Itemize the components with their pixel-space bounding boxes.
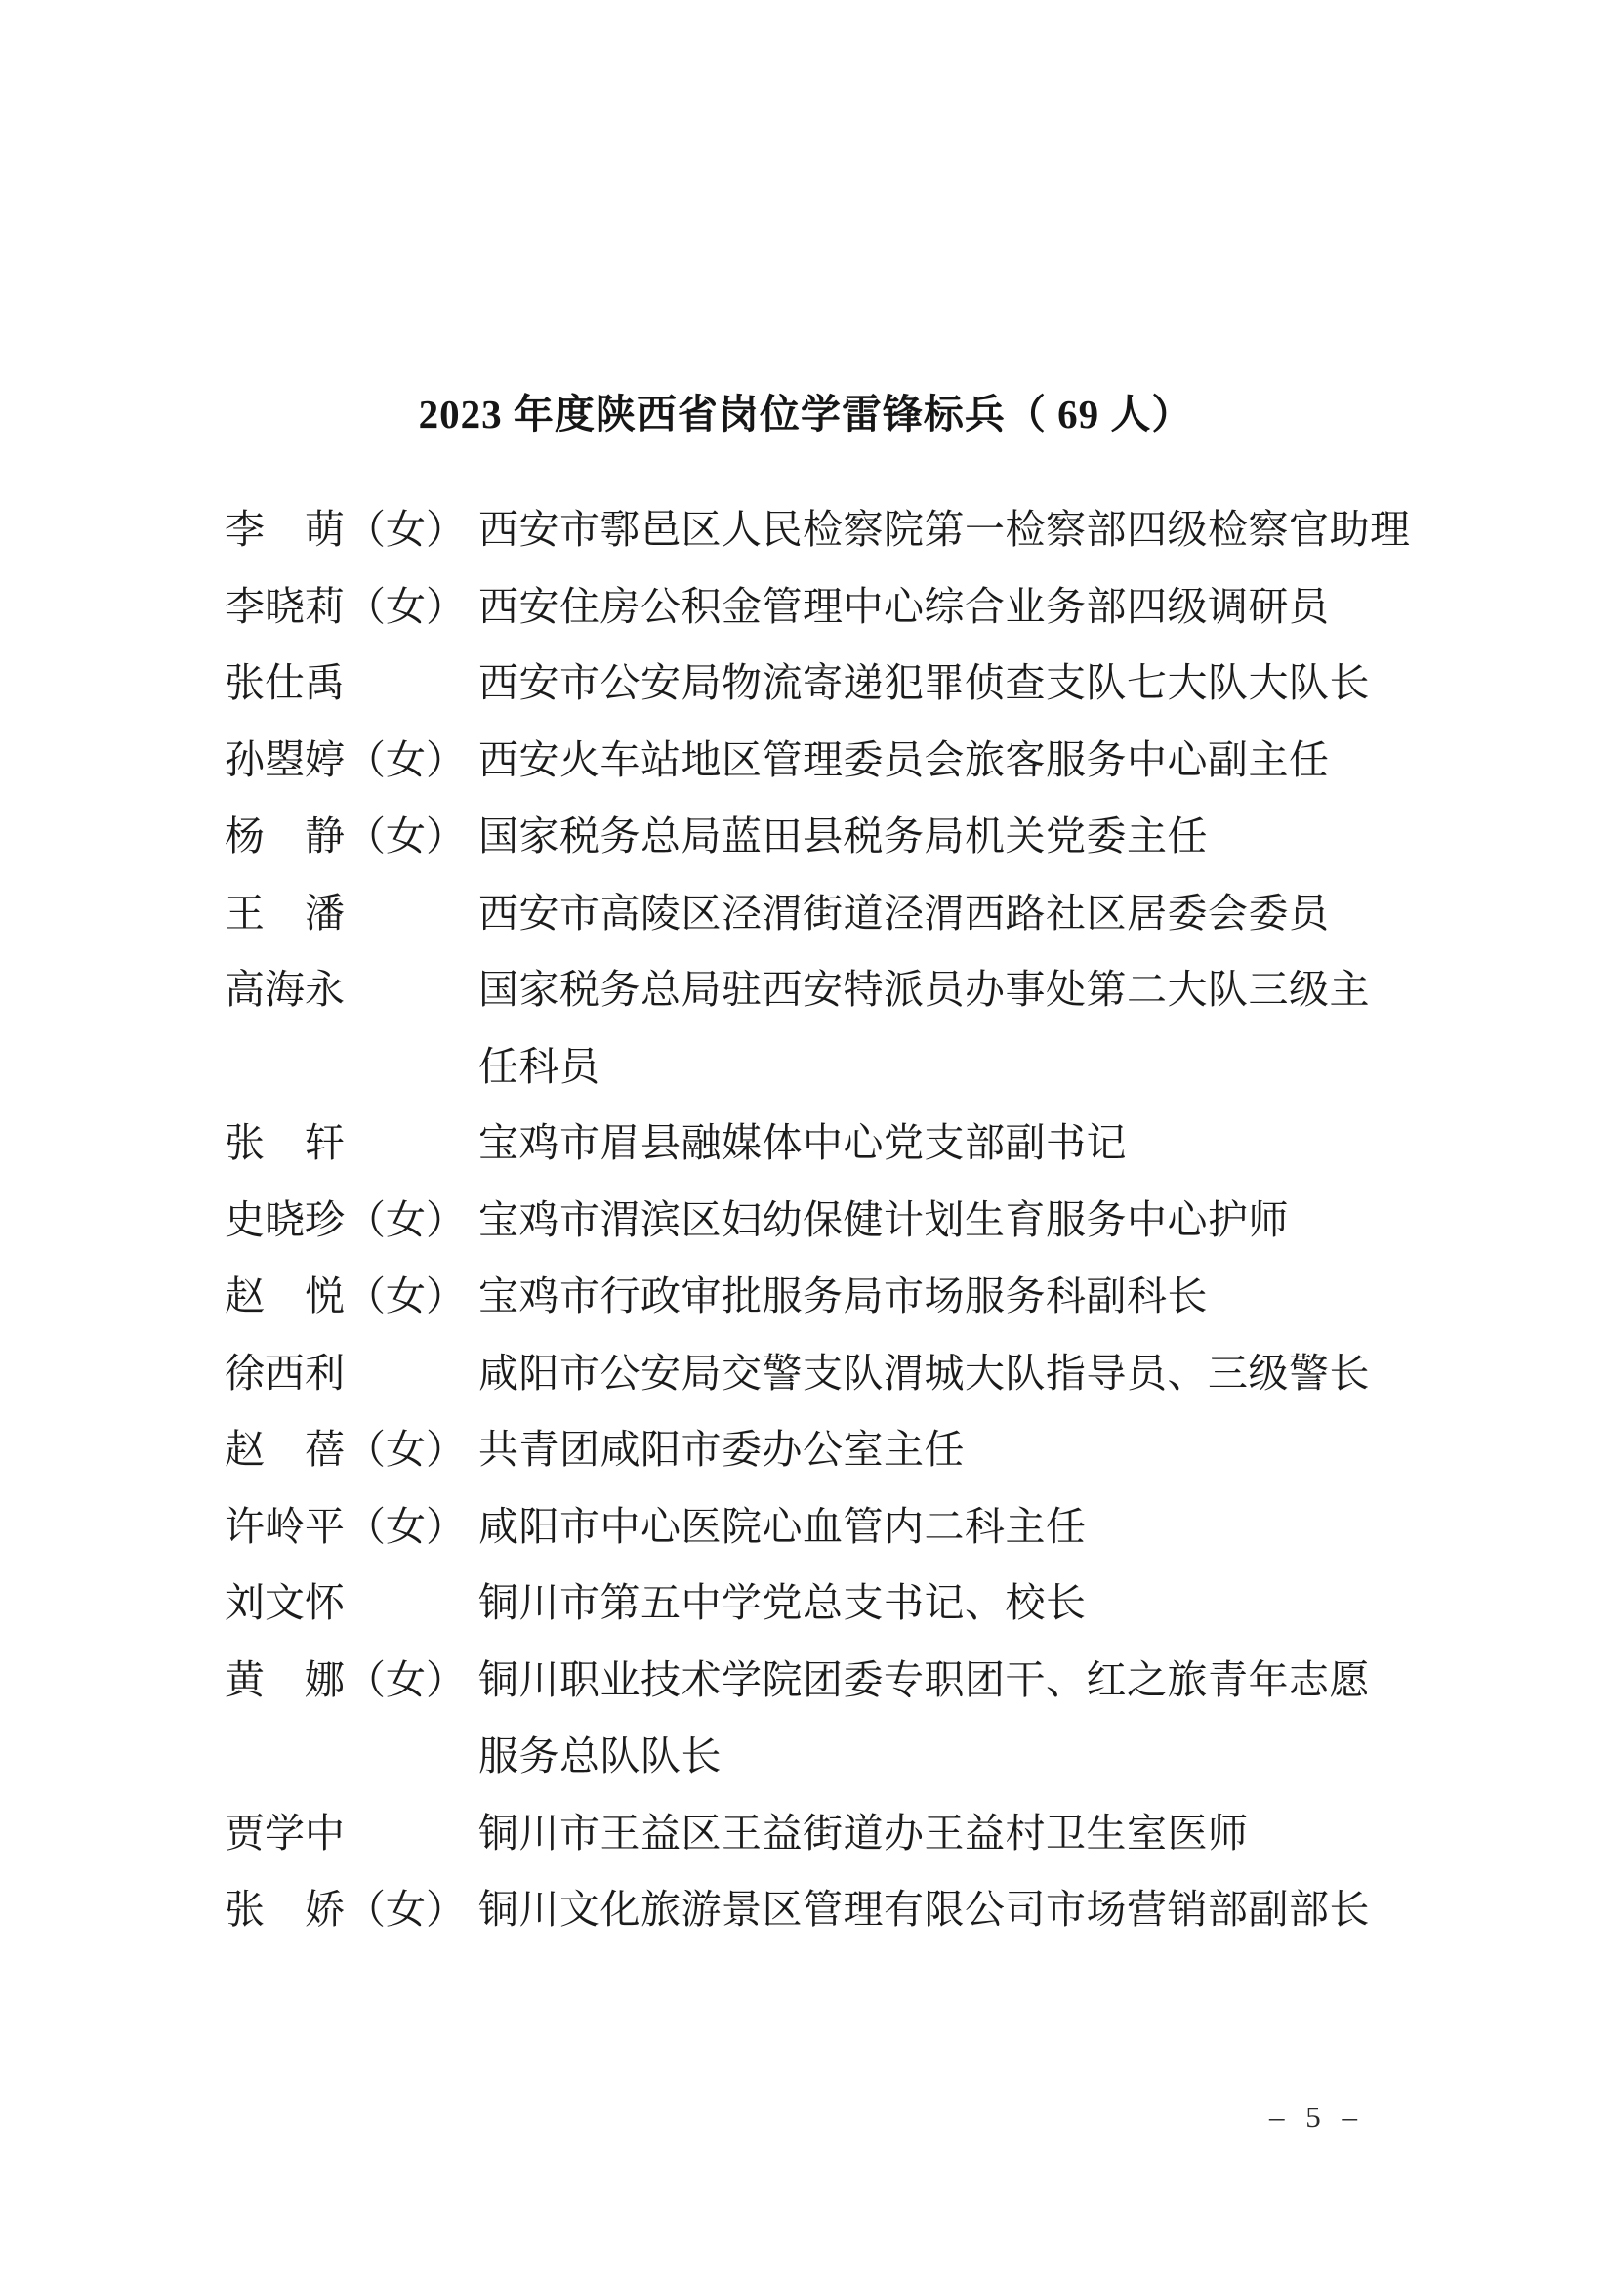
gender-marker: （女） bbox=[346, 1642, 478, 1719]
gender-marker: （女） bbox=[346, 722, 478, 799]
position-line: 西安市公安局物流寄递犯罪侦查支队七大队大队长 bbox=[478, 645, 1435, 722]
person-position: 西安市鄠邑区人民检察院第一检察部四级检察官助理 bbox=[478, 491, 1435, 568]
page-title: 2023 年度陕西省岗位学雷锋标兵（ 69 人） bbox=[0, 382, 1611, 439]
person-position: 咸阳市公安局交警支队渭城大队指导员、三级警长 bbox=[478, 1335, 1435, 1412]
position-line: 宝鸡市眉县融媒体中心党支部副书记 bbox=[478, 1105, 1435, 1182]
person-name: 张仕禹 bbox=[225, 645, 346, 722]
page-number: – 5 – bbox=[1269, 2100, 1364, 2135]
position-line: 西安市鄠邑区人民检察院第一检察部四级检察官助理 bbox=[478, 491, 1435, 568]
person-position: 国家税务总局蓝田县税务局机关党委主任 bbox=[478, 798, 1435, 875]
gender-marker: （女） bbox=[346, 1258, 478, 1335]
person-name: 高海永 bbox=[225, 951, 346, 1028]
person-position: 铜川市第五中学党总支书记、校长 bbox=[478, 1565, 1435, 1642]
roster-row: 张仕禹 西安市公安局物流寄递犯罪侦查支队七大队大队长 bbox=[225, 645, 1435, 722]
position-line: 西安住房公积金管理中心综合业务部四级调研员 bbox=[478, 568, 1435, 646]
position-line: 任科员 bbox=[478, 1028, 1435, 1106]
position-line: 共青团咸阳市委办公室主任 bbox=[478, 1411, 1435, 1488]
gender-marker: （女） bbox=[346, 568, 478, 646]
position-line: 铜川市王益区王益街道办王益村卫生室医师 bbox=[478, 1795, 1435, 1872]
person-position: 宝鸡市眉县融媒体中心党支部副书记 bbox=[478, 1105, 1435, 1182]
gender-marker: （女） bbox=[346, 1871, 478, 1948]
person-position: 共青团咸阳市委办公室主任 bbox=[478, 1411, 1435, 1488]
person-position: 西安市高陵区泾渭街道泾渭西路社区居委会委员 bbox=[478, 875, 1435, 952]
position-line: 国家税务总局驻西安特派员办事处第二大队三级主 bbox=[478, 951, 1435, 1028]
position-line: 西安市高陵区泾渭街道泾渭西路社区居委会委员 bbox=[478, 875, 1435, 952]
roster-row: 李晓莉 （女） 西安住房公积金管理中心综合业务部四级调研员 bbox=[225, 568, 1435, 646]
gender-marker: （女） bbox=[346, 1411, 478, 1488]
roster-row: 黄 娜 （女） 铜川职业技术学院团委专职团干、红之旅青年志愿服务总队队长 bbox=[225, 1642, 1435, 1795]
position-line: 铜川市第五中学党总支书记、校长 bbox=[478, 1565, 1435, 1642]
roster-row: 孙曌婷 （女） 西安火车站地区管理委员会旅客服务中心副主任 bbox=[225, 722, 1435, 799]
roster: 李 萌 （女） 西安市鄠邑区人民检察院第一检察部四级检察官助理 李晓莉 （女） … bbox=[225, 491, 1435, 1948]
person-position: 西安住房公积金管理中心综合业务部四级调研员 bbox=[478, 568, 1435, 646]
person-position: 宝鸡市行政审批服务局市场服务科副科长 bbox=[478, 1258, 1435, 1335]
person-position: 西安火车站地区管理委员会旅客服务中心副主任 bbox=[478, 722, 1435, 799]
person-name: 史晓珍 bbox=[225, 1182, 346, 1259]
position-line: 咸阳市公安局交警支队渭城大队指导员、三级警长 bbox=[478, 1335, 1435, 1412]
gender-marker: （女） bbox=[346, 491, 478, 568]
roster-row: 许岭平 （女） 咸阳市中心医院心血管内二科主任 bbox=[225, 1488, 1435, 1565]
person-name: 张 娇 bbox=[225, 1871, 346, 1948]
roster-row: 张 娇 （女） 铜川文化旅游景区管理有限公司市场营销部副部长 bbox=[225, 1871, 1435, 1948]
person-position: 咸阳市中心医院心血管内二科主任 bbox=[478, 1488, 1435, 1565]
document-page: 2023 年度陕西省岗位学雷锋标兵（ 69 人） 李 萌 （女） 西安市鄠邑区人… bbox=[0, 0, 1611, 2296]
position-line: 咸阳市中心医院心血管内二科主任 bbox=[478, 1488, 1435, 1565]
person-name: 许岭平 bbox=[225, 1488, 346, 1565]
roster-row: 贾学中 铜川市王益区王益街道办王益村卫生室医师 bbox=[225, 1795, 1435, 1872]
person-name: 赵 悦 bbox=[225, 1258, 346, 1335]
roster-row: 徐西利 咸阳市公安局交警支队渭城大队指导员、三级警长 bbox=[225, 1335, 1435, 1412]
gender-marker: （女） bbox=[346, 1182, 478, 1259]
person-name: 贾学中 bbox=[225, 1795, 346, 1872]
person-name: 黄 娜 bbox=[225, 1642, 346, 1719]
roster-row: 杨 静 （女） 国家税务总局蓝田县税务局机关党委主任 bbox=[225, 798, 1435, 875]
roster-row: 张 轩 宝鸡市眉县融媒体中心党支部副书记 bbox=[225, 1105, 1435, 1182]
position-line: 宝鸡市行政审批服务局市场服务科副科长 bbox=[478, 1258, 1435, 1335]
roster-row: 刘文怀 铜川市第五中学党总支书记、校长 bbox=[225, 1565, 1435, 1642]
roster-row: 王 潘 西安市高陵区泾渭街道泾渭西路社区居委会委员 bbox=[225, 875, 1435, 952]
person-name: 王 潘 bbox=[225, 875, 346, 952]
roster-row: 高海永 国家税务总局驻西安特派员办事处第二大队三级主任科员 bbox=[225, 951, 1435, 1105]
person-position: 国家税务总局驻西安特派员办事处第二大队三级主任科员 bbox=[478, 951, 1435, 1105]
person-name: 张 轩 bbox=[225, 1105, 346, 1182]
person-position: 西安市公安局物流寄递犯罪侦查支队七大队大队长 bbox=[478, 645, 1435, 722]
position-line: 国家税务总局蓝田县税务局机关党委主任 bbox=[478, 798, 1435, 875]
position-line: 西安火车站地区管理委员会旅客服务中心副主任 bbox=[478, 722, 1435, 799]
position-line: 服务总队队长 bbox=[478, 1718, 1435, 1795]
person-name: 刘文怀 bbox=[225, 1565, 346, 1642]
person-position: 铜川市王益区王益街道办王益村卫生室医师 bbox=[478, 1795, 1435, 1872]
roster-row: 史晓珍 （女） 宝鸡市渭滨区妇幼保健计划生育服务中心护师 bbox=[225, 1182, 1435, 1259]
person-name: 赵 蓓 bbox=[225, 1411, 346, 1488]
person-name: 李晓莉 bbox=[225, 568, 346, 646]
gender-marker: （女） bbox=[346, 1488, 478, 1565]
person-name: 杨 静 bbox=[225, 798, 346, 875]
person-position: 铜川职业技术学院团委专职团干、红之旅青年志愿服务总队队长 bbox=[478, 1642, 1435, 1795]
person-name: 孙曌婷 bbox=[225, 722, 346, 799]
roster-row: 李 萌 （女） 西安市鄠邑区人民检察院第一检察部四级检察官助理 bbox=[225, 491, 1435, 568]
person-name: 李 萌 bbox=[225, 491, 346, 568]
roster-row: 赵 蓓 （女） 共青团咸阳市委办公室主任 bbox=[225, 1411, 1435, 1488]
person-name: 徐西利 bbox=[225, 1335, 346, 1412]
roster-row: 赵 悦 （女） 宝鸡市行政审批服务局市场服务科副科长 bbox=[225, 1258, 1435, 1335]
position-line: 铜川文化旅游景区管理有限公司市场营销部副部长 bbox=[478, 1871, 1435, 1948]
gender-marker: （女） bbox=[346, 798, 478, 875]
person-position: 铜川文化旅游景区管理有限公司市场营销部副部长 bbox=[478, 1871, 1435, 1948]
person-position: 宝鸡市渭滨区妇幼保健计划生育服务中心护师 bbox=[478, 1182, 1435, 1259]
position-line: 铜川职业技术学院团委专职团干、红之旅青年志愿 bbox=[478, 1642, 1435, 1719]
position-line: 宝鸡市渭滨区妇幼保健计划生育服务中心护师 bbox=[478, 1182, 1435, 1259]
